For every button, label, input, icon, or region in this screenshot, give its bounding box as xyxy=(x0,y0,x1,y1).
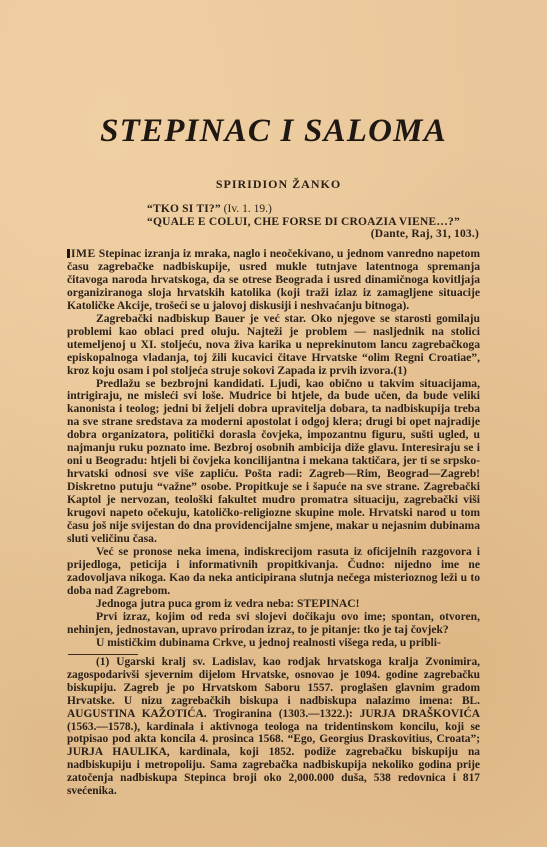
epigraph-line-1: “TKO SI TI?” (Iv. 1. 19.) xyxy=(147,203,479,216)
paragraph-text: Stepinac izranja iz mraka, naglo i neoče… xyxy=(67,247,480,312)
document-page: STEPINAC I SALOMA SPIRIDION ŽANKO “TKO S… xyxy=(0,0,547,847)
body-paragraph: Zagrebački nadbiskup Bauer je već star. … xyxy=(67,313,480,378)
body-paragraph: Već se pronose neka imena, indiskrecijom… xyxy=(67,546,480,598)
article-author: SPIRIDION ŽANKO xyxy=(0,177,547,192)
epigraph: “TKO SI TI?” (Iv. 1. 19.) “QUALE E COLUI… xyxy=(147,203,479,241)
body-paragraph: IME Stepinac izranja iz mraka, naglo i n… xyxy=(67,248,480,313)
drop-cap-mark xyxy=(67,249,70,258)
body-paragraph: Jednoga jutra puca grom iz vedra neba: S… xyxy=(67,598,480,611)
epigraph-reference-1: (Iv. 1. 19.) xyxy=(224,203,272,215)
drop-cap-word: IME xyxy=(71,247,96,260)
footnotes: (1) Ugarski kralj sv. Ladislav, kao rodj… xyxy=(67,656,480,798)
epigraph-quote-2: “QUALE E COLUI, CHE FORSE DI CROAZIA VIE… xyxy=(147,216,479,229)
article-title: STEPINAC I SALOMA xyxy=(0,113,547,150)
footnote-divider xyxy=(68,654,138,655)
article-body: IME Stepinac izranja iz mraka, naglo i n… xyxy=(67,248,480,650)
footnote-1: (1) Ugarski kralj sv. Ladislav, kao rodj… xyxy=(67,656,480,798)
body-paragraph: Prvi izraz, kojim od reda svi slojevi do… xyxy=(67,611,480,637)
body-paragraph: U mističkim dubinama Crkve, u jednoj rea… xyxy=(67,637,480,650)
body-paragraph: Predlažu se bezbrojni kandidati. Ljudi, … xyxy=(67,378,480,546)
epigraph-quote-1: “TKO SI TI?” xyxy=(147,203,221,215)
epigraph-source: (Dante, Raj, 31, 103.) xyxy=(147,228,479,241)
